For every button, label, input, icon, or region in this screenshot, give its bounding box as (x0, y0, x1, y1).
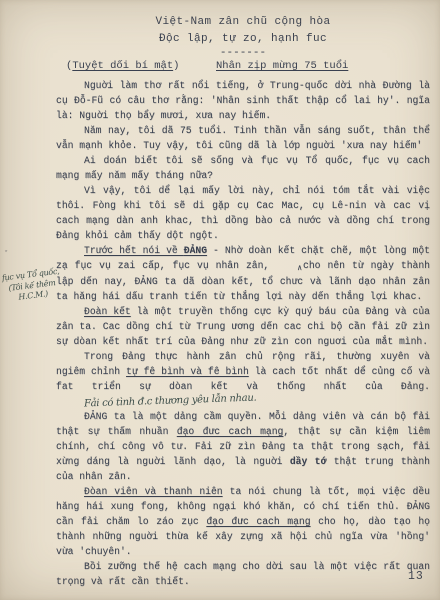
paragraph-text: Nguời làm thơ rất nổi tiếng, ở Trung-quố… (56, 80, 430, 121)
paragraph-text: Ai doán biết tôi sẽ sống và fục vụ Tổ qu… (56, 155, 430, 181)
paragraph-text: Vì vậy, tôi dể lại mấy lời này, chỉ nói … (56, 185, 430, 241)
occasion-title: Nhân zịp mừng 75 tuổi (216, 60, 348, 72)
header-divider: ------- (56, 45, 430, 61)
handwritten-margin-note: fục vụ Tổ quốc, (Tôi kế thêm H.C.M.) (1, 267, 62, 305)
section-heading-party: Trước hết nói về (84, 245, 184, 256)
paragraph-10-next-generation: Bồi zưỡng thế hệ cach mạng cho dời sau l… (56, 559, 430, 589)
paragraph-4: Vì vậy, tôi dể lại mấy lời này, chỉ nói … (56, 183, 430, 243)
paragraph-2: Năm nay, tôi dã 75 tuổi. Tinh thần vẫn s… (56, 123, 430, 153)
paragraph-text: Năm nay, tôi dã 75 tuổi. Tinh thần vẫn s… (56, 125, 430, 151)
document-body: Nguời làm thơ rất nổi tiếng, ở Trung-quố… (56, 78, 430, 589)
keyphrase-revolutionary-morality-2: đạo đưc cach mạng (206, 516, 310, 527)
keyphrase-youth-members: Đòan viên và thanh niên (84, 486, 223, 497)
keyphrase-solidarity: Đoàn kết (84, 306, 131, 317)
keyphrase-revolutionary-morality: đạo đưc cach mạng (177, 426, 284, 437)
stray-mark: * (4, 250, 8, 258)
keyphrase-self-criticism: tự fê bình và fê bình (126, 366, 249, 377)
paragraph-1: Nguời làm thơ rất nổi tiếng, ở Trung-quố… (56, 78, 430, 123)
secrecy-note-text: Tuyệt dối bí mật (72, 60, 173, 72)
paragraph-6-solidarity: Đoàn kết là một truyền thống cực kỳ quý … (56, 304, 430, 349)
paragraph-5-party-section: Trước hết nói về ĐẢNG - Nhờ doàn kết chặ… (56, 243, 430, 304)
national-title: Việt-Nam zân chũ cộng hòa (56, 14, 430, 30)
scanned-document-page: Việt-Nam zân chũ cộng hòa Độc lập, tự zo… (0, 0, 440, 600)
paragraph-text: Bồi zưỡng thế hệ cach mạng cho dời sau l… (56, 561, 430, 587)
paragraph-7-criticism: Trong Đảng thực hành zân chủ rộng rãi, t… (56, 349, 430, 409)
paragraph-3: Ai doán biết tôi sẽ sống và fục vụ Tổ qu… (56, 153, 430, 183)
paragraph-8-ruling-party: ĐẢNG ta là một dảng cầm quyền. Mỗi dảng … (56, 409, 430, 484)
section-heading-party-emph: ĐẢNG (184, 245, 207, 256)
page-header: Việt-Nam zân chũ cộng hòa Độc lập, tự zo… (56, 14, 430, 61)
secrecy-close-paren: ) (173, 60, 179, 72)
emphasis-servant: dầy tớ (290, 456, 327, 467)
paragraph-9-youth: Đòan viên và thanh niên ta nói chung là … (56, 484, 430, 559)
secrecy-note: (Tuyệt dối bí mật) (66, 60, 179, 72)
sub-header: (Tuyệt dối bí mật) Nhân zịp mừng 75 tuổi (56, 60, 430, 76)
insertion-caret: ∧ (269, 261, 302, 276)
page-number: 13 (408, 570, 424, 583)
